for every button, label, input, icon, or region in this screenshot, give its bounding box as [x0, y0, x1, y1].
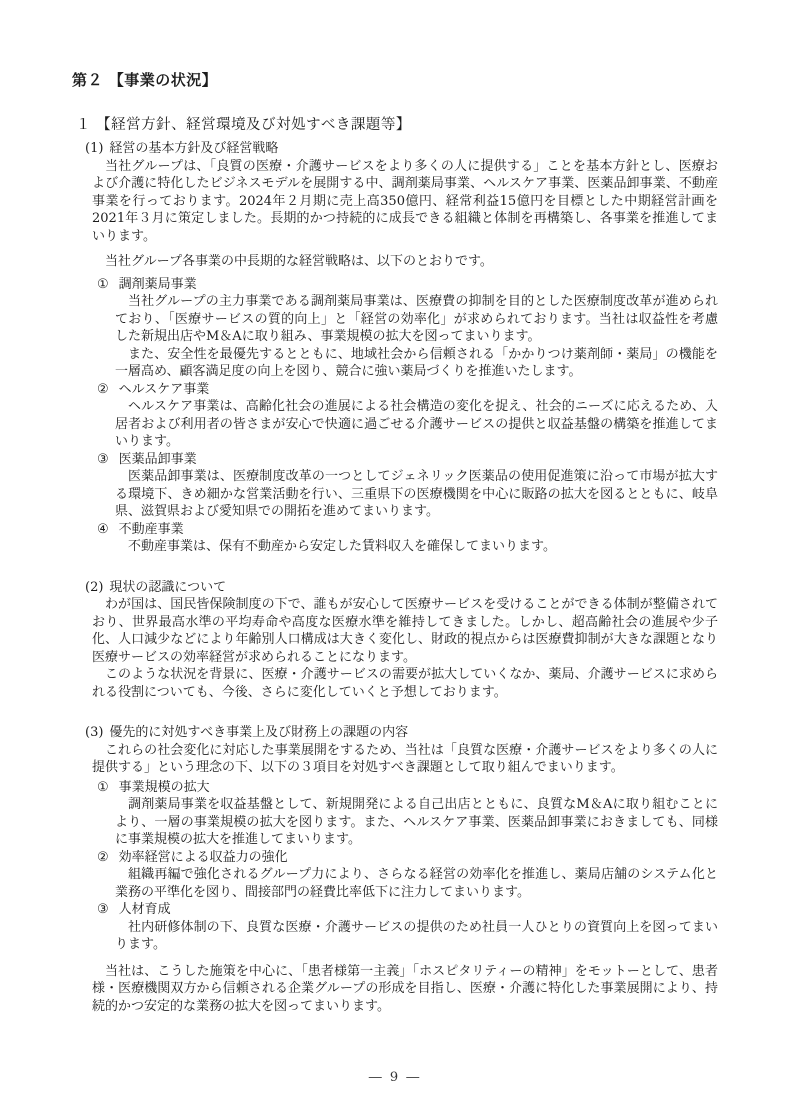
item-marker: ③ — [97, 452, 109, 467]
subsection-1: (1)経営の基本方針及び経営戦略 当社グループは、「良質の医療・介護サービスをよ… — [72, 140, 718, 556]
item-paragraph: 当社グループの主力事業である調剤薬局事業は、医療費の抑制を目的とした医療制度改革… — [115, 293, 718, 346]
paragraph: これらの社会変化に対応した事業展開をするため、当社は「良質な医療・介護サービスを… — [92, 742, 718, 777]
numbered-item: ①調剤薬局事業 当社グループの主力事業である調剤薬局事業は、医療費の抑制を目的と… — [97, 276, 718, 381]
subsection-3: (3)優先的に対処すべき事業上及び財務上の課題の内容 これらの社会変化に対応した… — [72, 724, 718, 1015]
paragraph: わが国は、国民皆保険制度の下で、誰もが安心して医療サービスを受けることができる体… — [92, 596, 718, 666]
paragraph: 当社グループは、「良質の医療・介護サービスをより多くの人に提供する」ことを基本方… — [92, 158, 718, 246]
document-page: 第２ 【事業の状況】 １ 【経営方針、経営環境及び対処すべき課題等】 (1)経営… — [0, 0, 790, 1118]
item-paragraph: ヘルスケア事業は、高齢化社会の進展による社会構造の変化を捉え、社会的ニーズに応え… — [115, 398, 718, 451]
item-heading: ④不動産事業 — [97, 521, 718, 539]
item-title: 事業規模の拡大 — [119, 780, 210, 795]
subsection-1-label: (1) — [85, 141, 103, 156]
item-title: 人材育成 — [119, 902, 171, 917]
subsection-2: (2)現状の認識について わが国は、国民皆保険制度の下で、誰もが安心して医療サー… — [72, 579, 718, 702]
subsection-3-title: 優先的に対処すべき事業上及び財務上の課題の内容 — [109, 725, 408, 740]
item-body: 医薬品卸事業は、医療制度改革の一つとしてジェネリック医薬品の使用促進策に沿って市… — [115, 468, 718, 521]
numbered-item: ①事業規模の拡大 調剤薬局事業を収益基盤として、新規開発による自己出店とともに、… — [97, 779, 718, 849]
subsection-1-title: 経営の基本方針及び経営戦略 — [109, 141, 278, 156]
item-marker: ③ — [97, 902, 109, 917]
subsection-1-body: 当社グループは、「良質の医療・介護サービスをより多くの人に提供する」ことを基本方… — [92, 158, 718, 556]
item-heading: ②効率経営による収益力の強化 — [97, 849, 718, 867]
item-paragraph: また、安全性を最優先するとともに、地域社会から信頼される「かかりつけ薬剤師・薬局… — [115, 346, 718, 381]
item-body: 当社グループの主力事業である調剤薬局事業は、医療費の抑制を目的とした医療制度改革… — [115, 293, 718, 381]
numbered-item: ②効率経営による収益力の強化 組織再編で強化されるグループ力により、さらなる経営… — [97, 849, 718, 902]
numbered-item: ②ヘルスケア事業 ヘルスケア事業は、高齢化社会の進展による社会構造の変化を捉え、… — [97, 381, 718, 451]
chapter-heading: 第２ 【事業の状況】 — [72, 70, 718, 90]
item-heading: ①調剤薬局事業 — [97, 276, 718, 294]
subsection-3-items: ①事業規模の拡大 調剤薬局事業を収益基盤として、新規開発による自己出店とともに、… — [97, 779, 718, 954]
item-title: 調剤薬局事業 — [119, 277, 197, 292]
subsection-3-body: これらの社会変化に対応した事業展開をするため、当社は「良質な医療・介護サービスを… — [92, 742, 718, 1016]
item-paragraph: 社内研修体制の下、良質な医療・介護サービスの提供のため社員一人ひとりの資質向上を… — [115, 919, 718, 954]
item-paragraph: 医薬品卸事業は、医療制度改革の一つとしてジェネリック医薬品の使用促進策に沿って市… — [115, 468, 718, 521]
item-body: 社内研修体制の下、良質な医療・介護サービスの提供のため社員一人ひとりの資質向上を… — [115, 919, 718, 954]
item-title: 不動産事業 — [119, 522, 184, 537]
subsection-2-label: (2) — [85, 580, 103, 595]
item-marker: ② — [97, 382, 109, 397]
item-paragraph: 組織再編で強化されるグループ力により、さらなる経営の効率化を推進し、薬局店舗のシ… — [115, 866, 718, 901]
item-paragraph: 調剤薬局事業を収益基盤として、新規開発による自己出店とともに、良質なM＆Aに取り… — [115, 796, 718, 849]
item-body: 調剤薬局事業を収益基盤として、新規開発による自己出店とともに、良質なM＆Aに取り… — [115, 796, 718, 849]
page-number: ― 9 ― — [0, 1069, 790, 1087]
item-marker: ② — [97, 850, 109, 865]
subsection-3-label: (3) — [85, 725, 103, 740]
item-body: 不動産事業は、保有不動産から安定した賃料収入を確保してまいります。 — [115, 538, 718, 556]
item-heading: ①事業規模の拡大 — [97, 779, 718, 797]
item-marker: ① — [97, 780, 109, 795]
subsection-2-title: 現状の認識について — [109, 580, 226, 595]
subsection-3-heading: (3)優先的に対処すべき事業上及び財務上の課題の内容 — [85, 724, 718, 742]
section-heading: １ 【経営方針、経営環境及び対処すべき課題等】 — [76, 116, 718, 135]
subsection-2-body: わが国は、国民皆保険制度の下で、誰もが安心して医療サービスを受けることができる体… — [92, 596, 718, 701]
subsection-2-heading: (2)現状の認識について — [85, 579, 718, 597]
item-body: ヘルスケア事業は、高齢化社会の進展による社会構造の変化を捉え、社会的ニーズに応え… — [115, 398, 718, 451]
numbered-item: ③医薬品卸事業 医薬品卸事業は、医療制度改革の一つとしてジェネリック医薬品の使用… — [97, 451, 718, 521]
numbered-item: ④不動産事業 不動産事業は、保有不動産から安定した賃料収入を確保してまいります。 — [97, 521, 718, 556]
item-body: 組織再編で強化されるグループ力により、さらなる経営の効率化を推進し、薬局店舗のシ… — [115, 866, 718, 901]
paragraph: このような状況を背景に、医療・介護サービスの需要が拡大していくなか、薬局、介護サ… — [92, 666, 718, 701]
item-title: 医薬品卸事業 — [119, 452, 197, 467]
closing-paragraph: 当社は、こうした施策を中心に、「患者様第一主義」「ホスピタリティーの精神」をモッ… — [92, 963, 718, 1016]
item-heading: ②ヘルスケア事業 — [97, 381, 718, 399]
paragraph: 当社グループ各事業の中長期的な経営戦略は、以下のとおりです。 — [92, 253, 718, 271]
subsection-1-heading: (1)経営の基本方針及び経営戦略 — [85, 140, 718, 158]
subsection-1-items: ①調剤薬局事業 当社グループの主力事業である調剤薬局事業は、医療費の抑制を目的と… — [97, 276, 718, 556]
item-marker: ④ — [97, 522, 109, 537]
item-marker: ① — [97, 277, 109, 292]
numbered-item: ③人材育成 社内研修体制の下、良質な医療・介護サービスの提供のため社員一人ひとり… — [97, 901, 718, 954]
item-paragraph: 不動産事業は、保有不動産から安定した賃料収入を確保してまいります。 — [115, 538, 718, 556]
item-title: 効率経営による収益力の強化 — [119, 850, 288, 865]
item-title: ヘルスケア事業 — [119, 382, 210, 397]
item-heading: ③医薬品卸事業 — [97, 451, 718, 469]
item-heading: ③人材育成 — [97, 901, 718, 919]
